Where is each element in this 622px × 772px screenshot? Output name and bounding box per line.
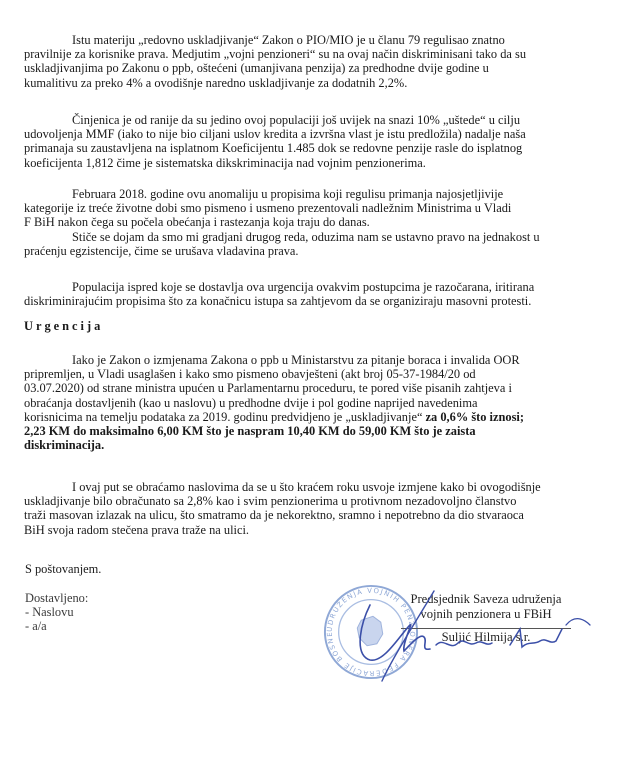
paragraph-ovaj-put: I ovaj put se obraćamo naslovima da se u… — [24, 480, 604, 537]
text-line: uskladjivanjima po Zakonu o ppb, oštećen… — [24, 61, 604, 75]
document-page: Istu materiju „redovno uskladjivanje“ Za… — [0, 0, 622, 772]
signature-rule — [401, 628, 571, 629]
text-line: Istu materiju „redovno uskladjivanje“ Za… — [24, 33, 604, 47]
text-line: kategorije iz treće životne dobi smo pis… — [24, 201, 604, 215]
paragraph-ustede: Činjenica je od ranije da su jedino ovoj… — [24, 113, 604, 170]
text-line: BiH svoja radom stečena prava traže na u… — [24, 523, 604, 537]
closing-salutation: S poštovanjem. — [25, 562, 605, 576]
text-emphasis-line: 2,23 KM do maksimalno 6,00 KM što je nas… — [24, 424, 604, 438]
text-line: Populacija ispred koje se dostavlja ova … — [24, 280, 604, 294]
paragraph-februara-2018: Februara 2018. godine ovu anomaliju u pr… — [24, 187, 604, 230]
text-line: Činjenica je od ranije da su jedino ovoj… — [24, 113, 604, 127]
text-line: Iako je Zakon o izmjenama Zakona o ppb u… — [24, 353, 604, 367]
text-line: uskladjivanje bilo obračunato sa 2,8% ka… — [24, 494, 604, 508]
text-line: koeficijenta 1,812 čime je sistematska d… — [24, 156, 604, 170]
text-line: primanaja su zaustavljena na isplatnom K… — [24, 141, 604, 155]
signature-block: Predsjednik Saveza udruženja vojnih penz… — [376, 592, 596, 645]
text-line: kumalitivu za preko 4% a ovodišnje nared… — [24, 76, 604, 90]
text-emphasis-line: diskriminacija. — [24, 438, 604, 452]
signatory-title: Predsjednik Saveza udruženja — [376, 592, 596, 607]
text-line: diskriminirajućim propisima što za konač… — [24, 294, 604, 308]
text-line: praćenju egzistencije, čime se urušava v… — [24, 244, 604, 258]
text-line: 03.07.2020) od strane ministra upućen u … — [24, 381, 604, 395]
text-line: korisnicima na temelju podataka za 2019.… — [24, 410, 604, 424]
text-emphasis: za 0,6% što iznosi; — [426, 410, 524, 424]
section-heading-urgencija: Urgencija — [24, 319, 604, 333]
text-line: udovoljenja MMF (iako to nije bio ciljan… — [24, 127, 604, 141]
signatory-organization: vojnih penzionera u FBiH — [376, 607, 596, 622]
text-line: obraćanja dostavljenih (kao u naslovu) u… — [24, 396, 604, 410]
paragraph-zakon-izmjene: Iako je Zakon o izmjenama Zakona o ppb u… — [24, 353, 604, 452]
text-line: Stiče se dojam da smo mi gradjani drugog… — [24, 230, 604, 244]
signatory-name: Suljić Hilmija s.r. — [376, 630, 596, 645]
text-line: I ovaj put se obraćamo naslovima da se u… — [24, 480, 604, 494]
paragraph-pio-mio: Istu materiju „redovno uskladjivanje“ Za… — [24, 33, 604, 90]
text-normal: korisnicima na temelju podataka za 2019.… — [24, 410, 426, 424]
text-line: Februara 2018. godine ovu anomaliju u pr… — [24, 187, 604, 201]
paragraph-populacija: Populacija ispred koje se dostavlja ova … — [24, 280, 604, 308]
text-line: traži masovan izlazak na ulicu, što smat… — [24, 508, 604, 522]
text-line: pravilnije za korisnike prava. Medjutim … — [24, 47, 604, 61]
text-line: pripremljen, u Vladi usaglašen i kako sm… — [24, 367, 604, 381]
text-line: F BiH nakon čega su počela obećanja i ra… — [24, 215, 604, 229]
paragraph-gradjani-drugog-reda: Stiče se dojam da smo mi gradjani drugog… — [24, 230, 604, 258]
